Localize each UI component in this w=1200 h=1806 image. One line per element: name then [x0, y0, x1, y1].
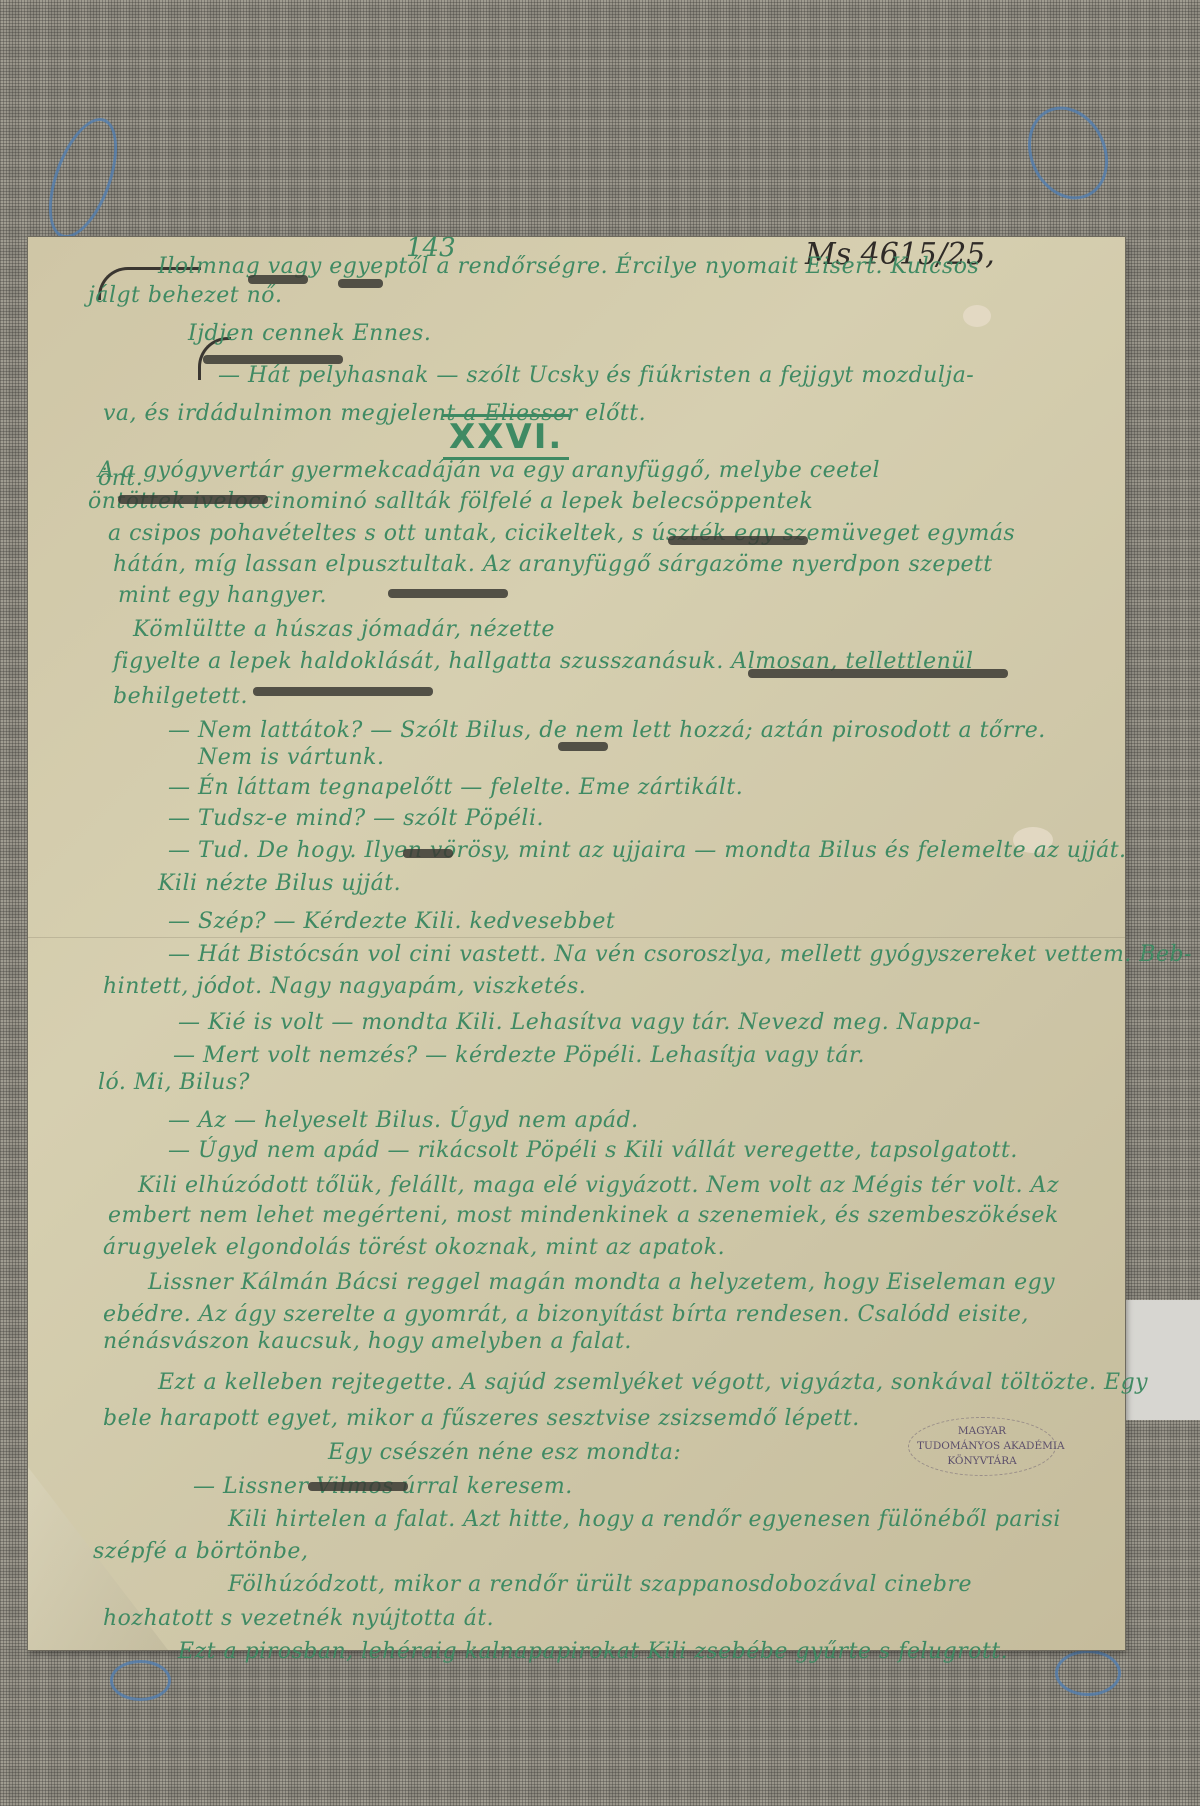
manuscript-line: Kili elhúzódott tőlük, felállt, maga elé…	[138, 1173, 1059, 1198]
manuscript-line: — Szép? — Kérdezte Kili. kedvesebbet	[168, 909, 615, 934]
manuscript-line: Ezt a pirosban, lehéraig kalnapapirokat …	[178, 1639, 1008, 1664]
manuscript-line: bele harapott egyet, mikor a fűszeres se…	[103, 1406, 860, 1431]
manuscript-line: — Nem lattátok? — Szólt Bilus, de nem le…	[168, 718, 1046, 743]
manuscript-line: ebédre. Az ágy szerelte a gyomrát, a biz…	[103, 1302, 1029, 1327]
strikeout	[668, 536, 808, 545]
manuscript-line: — Hát pelyhasnak — szólt Ucsky és fiúkri…	[218, 363, 974, 388]
manuscript-line: Ezt a kelleben rejtegette. A sajúd zseml…	[158, 1370, 1148, 1395]
paper-crease	[28, 937, 1125, 938]
paper-stain	[963, 305, 991, 327]
strikeout	[338, 279, 383, 288]
white-paper-strip	[1117, 1300, 1200, 1420]
manuscript-line: mint egy hangyer.	[118, 583, 327, 608]
manuscript-line: — Az — helyeselt Bilus. Úgyd nem apád.	[168, 1108, 639, 1133]
manuscript-line: — Mert volt nemzés? — kérdezte Pöpéli. L…	[173, 1043, 865, 1068]
strikeout	[388, 589, 508, 598]
manuscript-line: árugyelek elgondolás törést okoznak, min…	[103, 1235, 725, 1260]
manuscript-line: Nem is vártunk.	[198, 745, 385, 770]
stamp-line-3: KÖNYVTÁRA	[917, 1454, 1047, 1469]
manuscript-line: — Úgyd nem apád — rikácsolt Pöpéli s Kil…	[168, 1138, 1018, 1163]
manuscript-line: Egy csészén néne esz mondta:	[328, 1440, 681, 1465]
stamp-line-1: MAGYAR	[917, 1424, 1047, 1439]
manuscript-line: hozhatott s vezetnék nyújtotta át.	[103, 1606, 494, 1631]
strikeout	[403, 849, 453, 858]
strikeout	[308, 1482, 408, 1491]
strikeout	[558, 742, 608, 751]
manuscript-line: Kili hirtelen a falat. Azt hitte, hogy a…	[228, 1507, 1061, 1532]
manuscript-line: hátán, míg lassan elpusztultak. Az arany…	[113, 552, 993, 577]
manuscript-line: — Tudsz-e mind? — szólt Pöpéli.	[168, 806, 544, 831]
manuscript-line: hintett, jódot. Nagy nagyapám, viszketés…	[103, 974, 586, 999]
stamp-line-2: TUDOMÁNYOS AKADÉMIA	[917, 1439, 1047, 1454]
manuscript-line: jálgt behezet nő.	[88, 283, 283, 308]
manuscript-line: va, és irdádulnimon megjelent a Eliesser…	[103, 401, 646, 426]
manuscript-line: — Hát Bistócsán vol cini vastett. Na vén…	[168, 942, 1192, 967]
manuscript-line: önt.	[98, 466, 143, 491]
blue-crayon-mark-top-left	[35, 109, 131, 247]
manuscript-line: — Kié is volt — mondta Kili. Lehasítva v…	[178, 1010, 981, 1035]
manuscript-line: a csipos pohavételtes s ott untak, cicik…	[108, 521, 1015, 546]
blue-crayon-mark-bottom-left	[110, 1660, 171, 1701]
library-stamp: MAGYAR TUDOMÁNYOS AKADÉMIA KÖNYVTÁRA	[908, 1417, 1056, 1476]
manuscript-line: A a gyógyvertár gyermekcadáján va egy ar…	[98, 458, 880, 483]
blue-crayon-mark-top-right	[1013, 93, 1122, 212]
manuscript-line: szépfé a börtönbe,	[93, 1539, 308, 1564]
manuscript-line: nénásvászon kaucsuk, hogy amelyben a fal…	[103, 1329, 632, 1354]
manuscript-sheet: 143 Ms 4615/25, XXVI. Ilolmnag vagy egye…	[28, 237, 1125, 1650]
manuscript-line: Kömlültte a húszas jómadár, nézette	[133, 617, 555, 642]
strikeout	[253, 687, 433, 696]
manuscript-line: Kili nézte Bilus ujját.	[158, 871, 401, 896]
strikeout	[248, 275, 308, 284]
manuscript-line: Lissner Kálmán Bácsi reggel magán mondta…	[148, 1270, 1055, 1295]
strikeout	[748, 669, 1008, 678]
strikeout	[118, 495, 268, 504]
manuscript-line: embert nem lehet megérteni, most mindenk…	[108, 1203, 1059, 1228]
manuscript-line: — Én láttam tegnapelőtt — felelte. Eme z…	[168, 775, 743, 800]
manuscript-line: Fölhúzódzott, mikor a rendőr ürült szapp…	[228, 1572, 972, 1597]
strikeout	[203, 355, 343, 364]
manuscript-line: — Tud. De hogy. Ilyen vörösy, mint az uj…	[168, 838, 1127, 863]
blue-crayon-mark-bottom-right	[1055, 1650, 1121, 1696]
manuscript-line: behilgetett.	[113, 684, 248, 709]
manuscript-line: ló. Mi, Bilus?	[98, 1070, 250, 1095]
manuscript-line: Ijdjen cennek Ennes.	[188, 321, 431, 346]
